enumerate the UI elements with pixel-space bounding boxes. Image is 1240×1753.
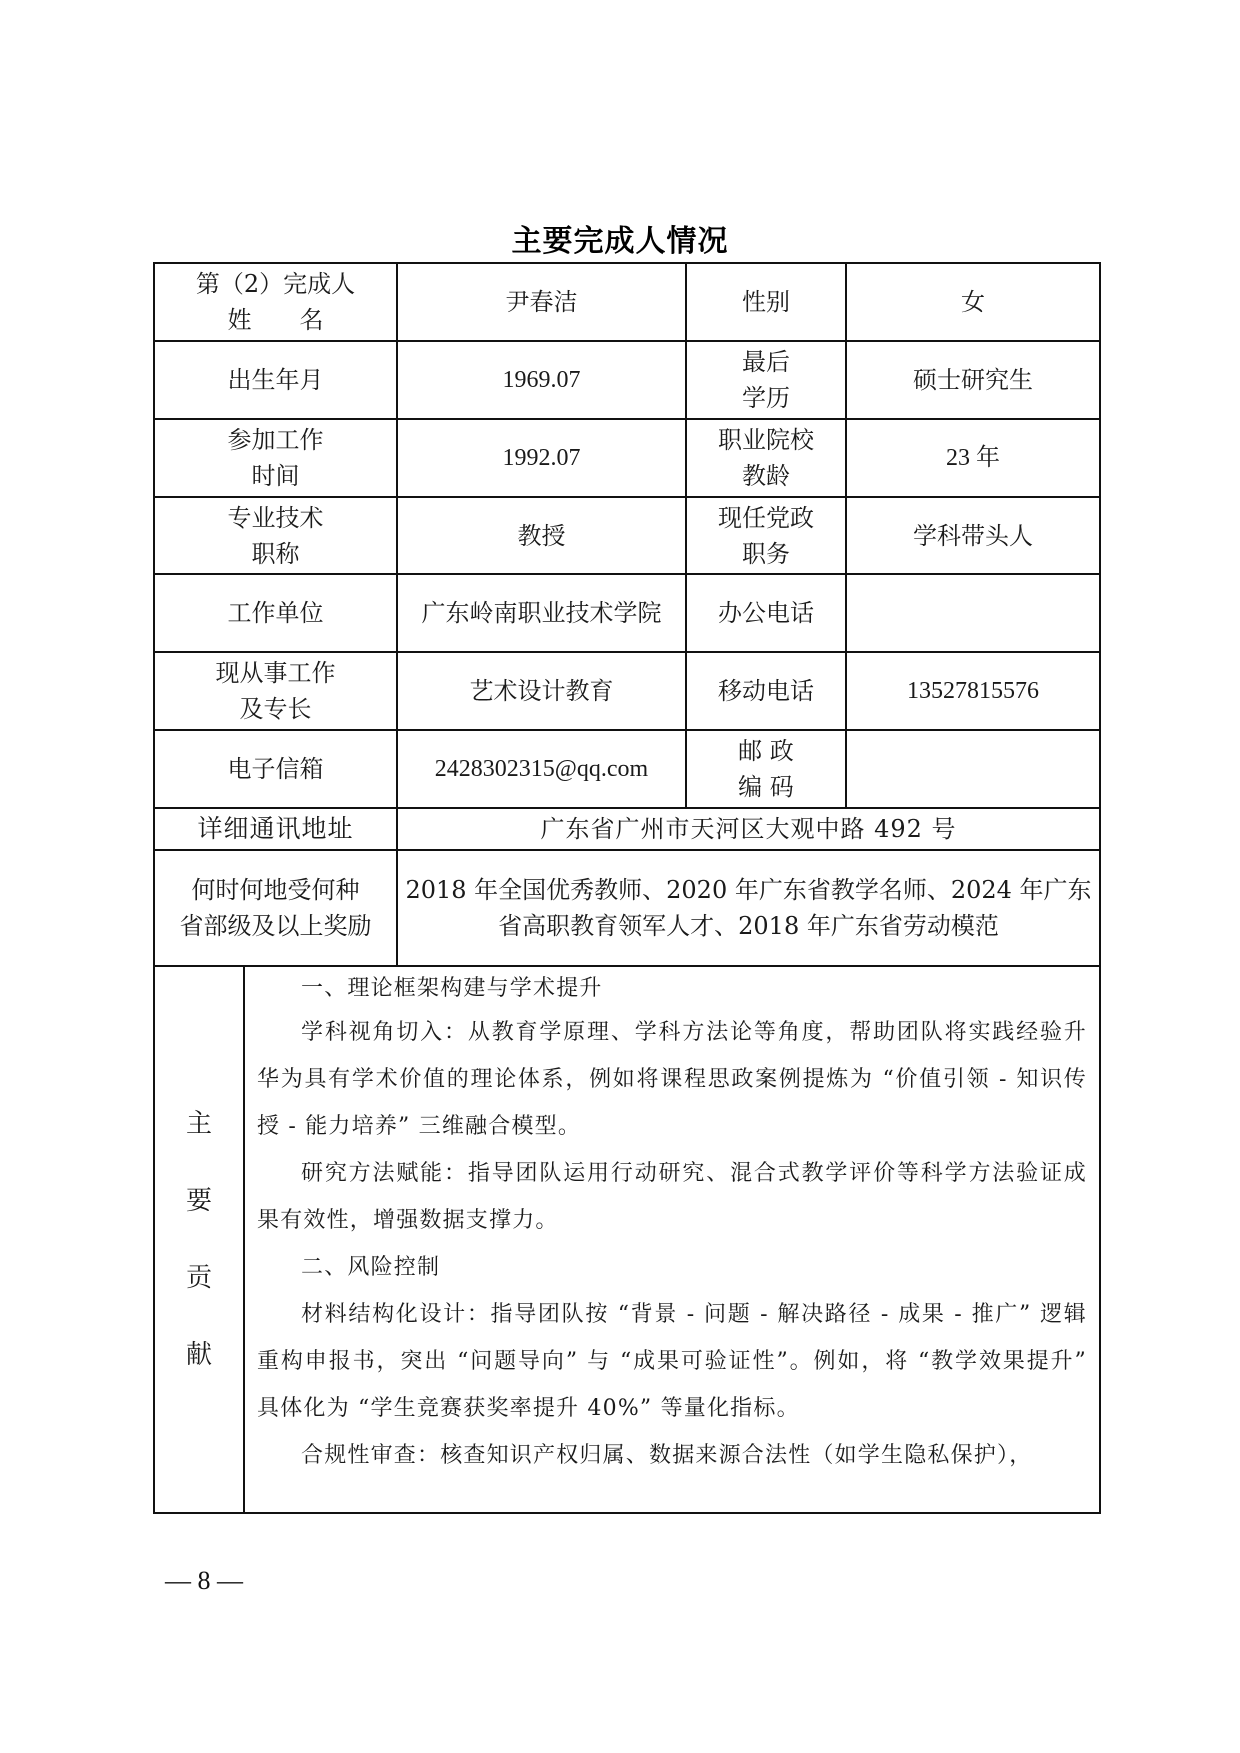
- section-paragraph: 学科视角切入：从教育学原理、学科方法论等角度，帮助团队将实践经验升华为具有学术价…: [257, 1009, 1087, 1150]
- teaching-years-label: 职业院校 教龄: [686, 419, 846, 497]
- table-row: 详细通讯地址 广东省广州市天河区大观中路 492 号: [154, 808, 1100, 850]
- label-line: 第（2）完成人: [159, 266, 392, 302]
- label-line: 时间: [159, 458, 392, 494]
- contribution-label-char: 贡: [155, 1240, 243, 1317]
- postcode-value: [846, 730, 1100, 808]
- mobile-label: 移动电话: [686, 652, 846, 730]
- work-start-value: 1992.07: [397, 419, 686, 497]
- label-line: 现任党政: [691, 500, 841, 536]
- label-line: 何时何地受何种: [159, 872, 392, 908]
- education-label: 最后 学历: [686, 341, 846, 419]
- section-paragraph: 合规性审查：核查知识产权归属、数据来源合法性（如学生隐私保护），: [257, 1432, 1087, 1479]
- table-row: 专业技术 职称 教授 现任党政 职务 学科带头人: [154, 497, 1100, 574]
- label-line: 省部级及以上奖励: [159, 908, 392, 944]
- address-value: 广东省广州市天河区大观中路 492 号: [397, 808, 1100, 850]
- name-value: 尹春洁: [397, 263, 686, 341]
- label-line: 职业院校: [691, 422, 841, 458]
- office-phone-label: 办公电话: [686, 574, 846, 652]
- label-line: 姓 名: [159, 302, 392, 338]
- contribution-label-char: 主: [155, 1086, 243, 1163]
- contribution-label-char: 要: [155, 1163, 243, 1240]
- table-row: 现从事工作 及专长 艺术设计教育 移动电话 13527815576: [154, 652, 1100, 730]
- table-row: 第（2）完成人 姓 名 尹春洁 性别 女: [154, 263, 1100, 341]
- section-paragraph: 材料结构化设计：指导团队按 “背景 - 问题 - 解决路径 - 成果 - 推广”…: [257, 1291, 1087, 1432]
- label-line: 及专长: [159, 691, 392, 727]
- page-number: — 8 —: [165, 1566, 243, 1596]
- contribution-label: 主 要 贡 献: [154, 966, 244, 1513]
- professional-title-label: 专业技术 职称: [154, 497, 397, 574]
- table-row: 电子信箱 2428302315@qq.com 邮 政 编 码: [154, 730, 1100, 808]
- employer-value: 广东岭南职业技术学院: [397, 574, 686, 652]
- rank-label: 第（2）完成人 姓 名: [154, 263, 397, 341]
- label-line: 学历: [691, 380, 841, 416]
- email-value: 2428302315@qq.com: [397, 730, 686, 808]
- address-label: 详细通讯地址: [154, 808, 397, 850]
- work-label: 现从事工作 及专长: [154, 652, 397, 730]
- page-title: 主要完成人情况: [0, 216, 1240, 260]
- table-row: 工作单位 广东岭南职业技术学院 办公电话: [154, 574, 1100, 652]
- label-line: 职务: [691, 536, 841, 572]
- education-value: 硕士研究生: [846, 341, 1100, 419]
- table-row: 出生年月 1969.07 最后 学历 硕士研究生: [154, 341, 1100, 419]
- table-row: 参加工作 时间 1992.07 职业院校 教龄 23 年: [154, 419, 1100, 497]
- gender-value: 女: [846, 263, 1100, 341]
- employer-label: 工作单位: [154, 574, 397, 652]
- professional-title-value: 教授: [397, 497, 686, 574]
- party-post-value: 学科带头人: [846, 497, 1100, 574]
- label-line: 职称: [159, 536, 392, 572]
- awards-label: 何时何地受何种 省部级及以上奖励: [154, 850, 397, 966]
- contribution-label-char: 献: [155, 1317, 243, 1394]
- work-start-label: 参加工作 时间: [154, 419, 397, 497]
- birth-value: 1969.07: [397, 341, 686, 419]
- party-post-label: 现任党政 职务: [686, 497, 846, 574]
- teaching-years-value: 23 年: [846, 419, 1100, 497]
- section-paragraph: 研究方法赋能：指导团队运用行动研究、混合式教学评价等科学方法验证成果有效性，增强…: [257, 1150, 1087, 1244]
- email-label: 电子信箱: [154, 730, 397, 808]
- postcode-label: 邮 政 编 码: [686, 730, 846, 808]
- birth-label: 出生年月: [154, 341, 397, 419]
- label-line: 现从事工作: [159, 655, 392, 691]
- label-line: 邮 政: [691, 733, 841, 769]
- label-line: 教龄: [691, 458, 841, 494]
- work-value: 艺术设计教育: [397, 652, 686, 730]
- main-contributor-table: 第（2）完成人 姓 名 尹春洁 性别 女 出生年月 1969.07 最后 学历 …: [153, 262, 1101, 1514]
- label-line: 编 码: [691, 769, 841, 805]
- office-phone-value: [846, 574, 1100, 652]
- section-heading: 一、理论框架构建与学术提升: [257, 969, 1087, 1009]
- awards-value: 2018 年全国优秀教师、2020 年广东省教学名师、2024 年广东省高职教育…: [397, 850, 1100, 966]
- gender-label: 性别: [686, 263, 846, 341]
- label-line: 参加工作: [159, 422, 392, 458]
- label-line: 专业技术: [159, 500, 392, 536]
- table-row: 何时何地受何种 省部级及以上奖励 2018 年全国优秀教师、2020 年广东省教…: [154, 850, 1100, 966]
- section-heading: 二、风险控制: [257, 1244, 1087, 1291]
- table-row: 主 要 贡 献 一、理论框架构建与学术提升 学科视角切入：从教育学原理、学科方法…: [154, 966, 1100, 1513]
- label-line: 最后: [691, 344, 841, 380]
- mobile-value: 13527815576: [846, 652, 1100, 730]
- contribution-content: 一、理论框架构建与学术提升 学科视角切入：从教育学原理、学科方法论等角度，帮助团…: [244, 966, 1100, 1513]
